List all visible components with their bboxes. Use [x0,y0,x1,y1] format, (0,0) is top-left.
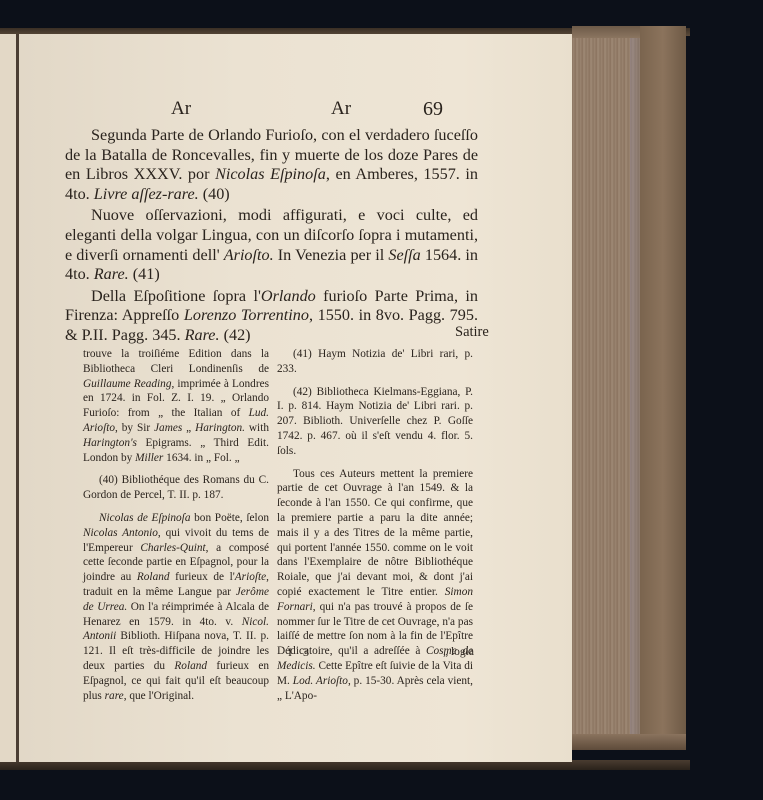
signature-mark: I 3 [288,645,313,660]
text-run: „ [182,422,195,434]
text-run: trouve la troiſiéme Edition dans la Bibl… [83,348,269,375]
italic-text: Livre aſſez-rare. [94,185,199,203]
italic-text: Rare. [94,265,129,283]
page-number: 69 [423,98,443,121]
book-board-bottom [572,734,686,750]
italic-text: Arioſto. [224,246,274,264]
footnote-paragraph: trouve la troiſiéme Edition dans la Bibl… [83,347,269,465]
italic-text: Lorenzo Torrentino [184,306,309,324]
text-run: (40) [199,185,230,203]
footnote-paragraph: Tous ces Auteurs mettent la premiere par… [277,467,473,704]
footnotes-left-column: trouve la troiſiéme Edition dans la Bibl… [83,347,269,703]
text-run: (41) [129,265,160,283]
italic-text: Orlando [261,287,316,305]
italic-text: Guillaume Reading [83,378,171,390]
italic-text: Rare. [185,326,220,344]
footnote-paragraph: (40) Bibliothéque des Romans du C. Gordo… [83,473,269,503]
main-entry: Della Eſpoſitione ſopra l'Orlando furioſ… [65,287,478,346]
text-run: (42) [220,326,251,344]
book-back-board [640,26,686,750]
fore-edge-shade [630,38,640,734]
italic-text: Roland [137,571,170,583]
footnote-paragraph: (42) Bibliotheca Kielmans-Eggiana, P. I.… [277,385,473,459]
catchword-bottom: „ logia [443,646,474,658]
italic-text: Miller [135,452,163,464]
text-run: (40) Bibliothéque des Romans du C. Gordo… [83,474,269,501]
text-run: In Venezia per il [274,246,389,264]
italic-text: James [154,422,182,434]
footnote-paragraph: Nicolas de Eſpinoſa bon Poëte, ſelon Nic… [83,511,269,703]
italic-text: Arioſte [235,571,266,583]
text-run: (42) Bibliotheca Kielmans-Eggiana, P. I.… [277,386,473,457]
italic-text: Nicolas de Eſpinoſa [99,512,190,524]
catchword-top: Satire [455,324,489,341]
text-run: , by Sir [115,422,154,434]
text-run: Tous ces Auteurs mettent la premiere par… [277,468,473,598]
running-head-left: Ar [171,98,191,120]
footnote-paragraph: (41) Haym Notizia de' Libri rari, p. 233… [277,347,473,377]
italic-text: Nicolas Eſpinoſa [215,165,326,183]
main-text-block: Segunda Parte de Orlando Furioſo, con el… [65,126,478,348]
running-head: Ar Ar 69 [19,98,572,122]
italic-text: Seſſa [388,246,420,264]
text-run: 1634. in „ Fol. „ [163,452,239,464]
italic-text: Charles-Quint [140,542,205,554]
text-run: , que l'Original. [124,690,194,702]
book-page: Ar Ar 69 Segunda Parte de Orlando Furioſ… [19,34,572,762]
italic-text: Nicolas Antonio [83,527,158,539]
italic-text: Lod. Arioſto [293,675,348,687]
main-entry: Nuove oſſervazioni, modi affigurati, e v… [65,206,478,284]
italic-text: Roland [174,660,207,672]
text-run: furieux de l' [170,571,235,583]
main-entry: Segunda Parte de Orlando Furioſo, con el… [65,126,478,204]
text-run: with [245,422,269,434]
running-head-center: Ar [331,98,351,120]
italic-text: Harington. [195,422,245,434]
italic-text: Harington's [83,437,137,449]
text-run: bon Poëte, ſelon [190,512,269,524]
italic-text: rare [105,690,124,702]
text-run: Della Eſpoſitione ſopra l' [91,287,261,305]
text-run: (41) Haym Notizia de' Libri rari, p. 233… [277,348,473,375]
facing-page-edge [0,34,19,762]
